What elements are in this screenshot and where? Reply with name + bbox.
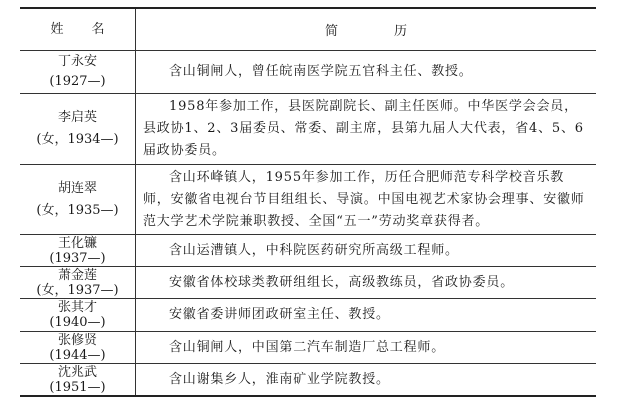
person-name: 沈兆武 (58, 365, 97, 380)
person-cell: 胡连翠 (女，1935—) (20, 165, 136, 234)
bio-cell: 含山运漕镇人，中科院医药研究所高级工程师。 (136, 235, 596, 266)
person-cell: 张修贤 (1944—) (20, 332, 136, 363)
person-cell: 萧金莲 (女，1937—) (20, 267, 136, 298)
bio-text: 含山铜闸人，中国第二汽车制造厂总工程师。 (136, 339, 455, 357)
person-name: 王化镰 (58, 236, 97, 251)
person-cell: 王化镰 (1937—) (20, 235, 136, 266)
person-name: 萧金莲 (58, 268, 97, 283)
person-name: 张修贤 (58, 333, 97, 348)
bio-text: 安徽省委讲师团政研室主任、教授。 (136, 306, 400, 324)
person-cell: 李启英 (女，1934—) (20, 94, 136, 164)
person-name: 张其才 (58, 300, 97, 315)
person-name: 胡连翠 (58, 178, 97, 200)
header-name-label: 姓名 (50, 22, 132, 37)
person-dates: (1940—) (49, 315, 105, 330)
bio-cell: 含山铜闸人，中国第二汽车制造厂总工程师。 (136, 332, 596, 363)
person-dates: (女，1935—) (36, 200, 118, 222)
bio-cell: 安徽省委讲师团政研室主任、教授。 (136, 299, 596, 331)
bio-cell: 1958年参加工作，县医院副院长、副主任医师。中华医学会会员，县政协1、2、3届… (136, 94, 596, 164)
bio-text: 安徽省体校球类教研组组长，高级教练员，省政协委员。 (136, 274, 524, 292)
header-bio-label: 简历 (325, 20, 463, 39)
table-header-row: 姓名 简历 (20, 9, 596, 51)
person-name: 李启英 (58, 107, 97, 129)
table-row: 胡连翠 (女，1935—) 含山环峰镇人，1955年参加工作，历任合肥师范专科学… (20, 165, 596, 235)
table-row: 李启英 (女，1934—) 1958年参加工作，县医院副院长、副主任医师。中华医… (20, 94, 596, 165)
person-cell: 丁永安 (1927—) (20, 51, 136, 93)
table-row: 萧金莲 (女，1937—) 安徽省体校球类教研组组长，高级教练员，省政协委员。 (20, 267, 596, 299)
table-row: 王化镰 (1937—) 含山运漕镇人，中科院医药研究所高级工程师。 (20, 235, 596, 267)
biography-table: 姓名 简历 丁永安 (1927—) 含山铜闸人，曾任皖南医学院五官科主任、教授。… (20, 7, 596, 397)
bio-text: 含山环峰镇人，1955年参加工作，历任合肥师范专科学校音乐教师，安徽省电视台节目… (136, 167, 596, 233)
person-cell: 沈兆武 (1951—) (20, 364, 136, 395)
person-name: 丁永安 (58, 52, 97, 72)
table-row: 张修贤 (1944—) 含山铜闸人，中国第二汽车制造厂总工程师。 (20, 332, 596, 364)
bio-cell: 含山环峰镇人，1955年参加工作，历任合肥师范专科学校音乐教师，安徽省电视台节目… (136, 165, 596, 234)
person-dates: (女，1937—) (36, 283, 118, 298)
table-row: 张其才 (1940—) 安徽省委讲师团政研室主任、教授。 (20, 299, 596, 332)
bio-cell: 含山铜闸人，曾任皖南医学院五官科主任、教授。 (136, 51, 596, 93)
bio-text: 含山运漕镇人，中科院医药研究所高级工程师。 (136, 242, 469, 260)
bio-text: 含山铜闸人，曾任皖南医学院五官科主任、教授。 (136, 63, 483, 81)
table-row: 丁永安 (1927—) 含山铜闸人，曾任皖南医学院五官科主任、教授。 (20, 51, 596, 94)
header-name: 姓名 (20, 9, 136, 50)
person-dates: (1937—) (49, 251, 105, 266)
bio-text: 1958年参加工作，县医院副院长、副主任医师。中华医学会会员，县政协1、2、3届… (136, 96, 596, 162)
table-row: 沈兆武 (1951—) 含山谢集乡人，淮南矿业学院教授。 (20, 364, 596, 395)
person-cell: 张其才 (1940—) (20, 299, 136, 331)
person-dates: (女，1934—) (36, 129, 118, 151)
bio-cell: 含山谢集乡人，淮南矿业学院教授。 (136, 364, 596, 395)
bio-text: 含山谢集乡人，淮南矿业学院教授。 (136, 371, 400, 389)
person-dates: (1944—) (49, 348, 105, 363)
person-dates: (1951—) (49, 380, 105, 395)
header-bio: 简历 (136, 9, 596, 50)
bio-cell: 安徽省体校球类教研组组长，高级教练员，省政协委员。 (136, 267, 596, 298)
person-dates: (1927—) (49, 72, 105, 92)
